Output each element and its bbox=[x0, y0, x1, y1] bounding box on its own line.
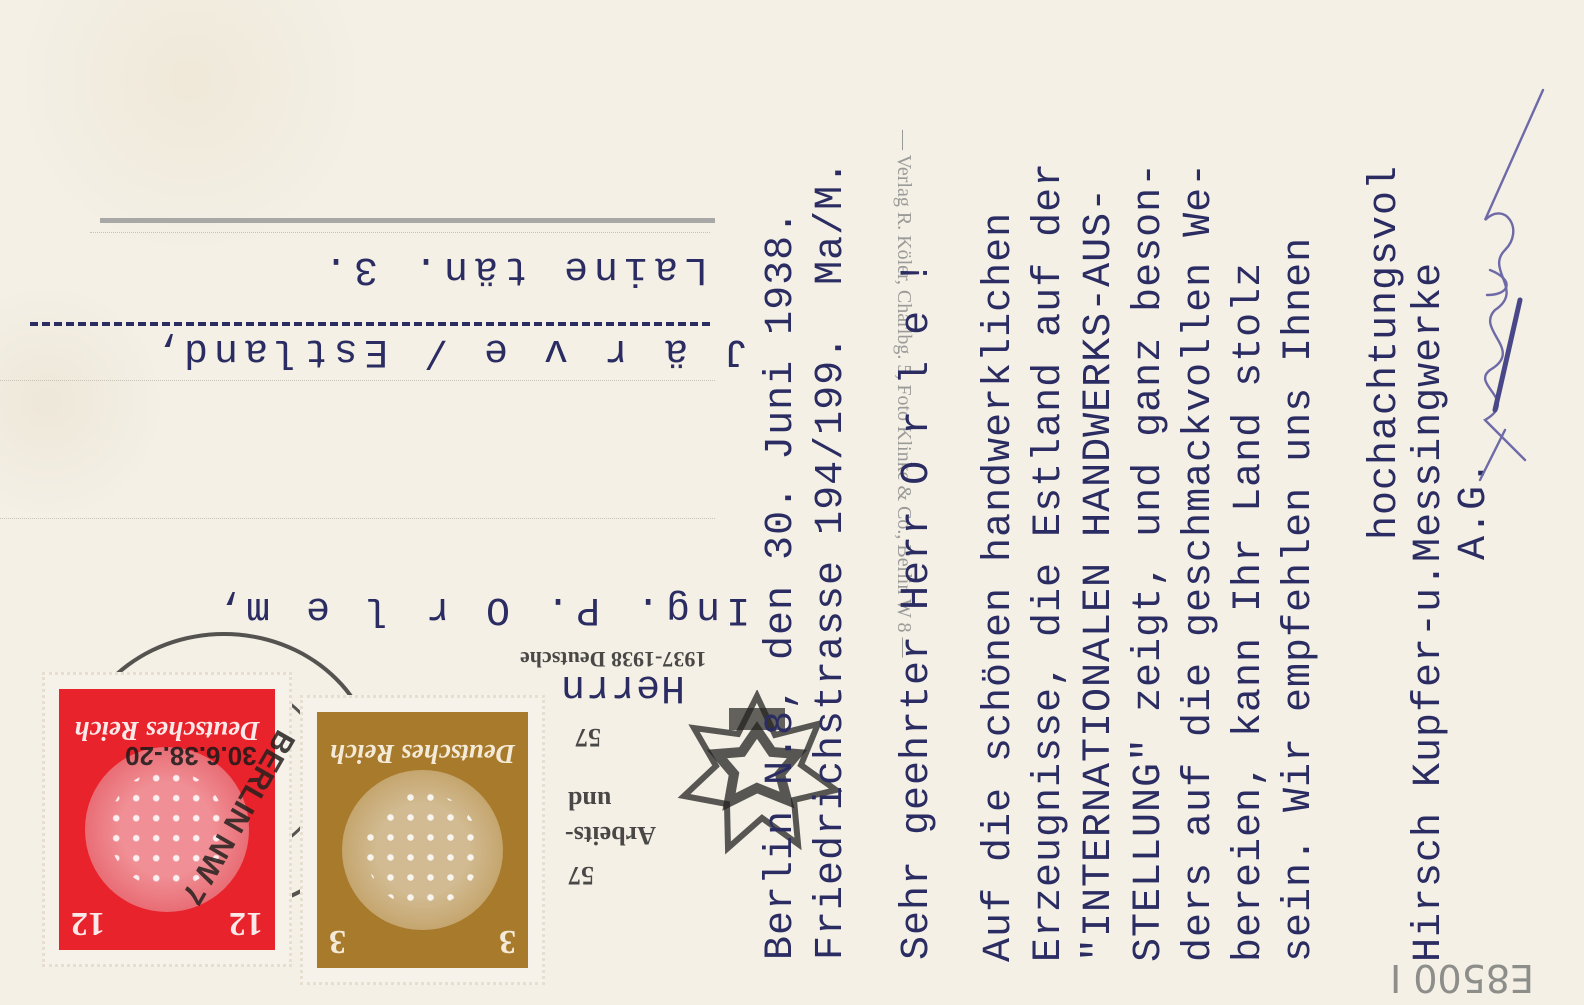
letter-salutation: Sehr geehrter Herr O r l e ! bbox=[898, 260, 938, 960]
recipient-city: J ä r v e / Estland, bbox=[148, 330, 748, 370]
slogan-cancel-line: und bbox=[568, 785, 611, 815]
slogan-cancel-line: 57 bbox=[568, 860, 594, 890]
catalogue-number: E8500 I bbox=[1390, 956, 1534, 1000]
letter-closing: hochachtungsvol bbox=[1366, 165, 1406, 540]
slogan-cancel-line: 57 bbox=[575, 722, 601, 752]
recipient-name: Ing. P. O r l e m, bbox=[210, 588, 750, 628]
letter-address-line: Friedrichstrasse 194/199. Ma/M. bbox=[812, 160, 852, 960]
address-dotted-line bbox=[0, 518, 715, 519]
letter-body-line: bereien, kann Ihr Land stolz bbox=[1230, 262, 1270, 962]
address-rule bbox=[100, 218, 715, 223]
stamp-country: Deutsches Reich bbox=[317, 738, 528, 769]
handwritten-signature-icon bbox=[1465, 80, 1555, 500]
stamp-3-pfennig: Deutsches Reich 3 3 bbox=[300, 695, 545, 985]
letter-body-line: Auf die schönen handwerklichen bbox=[980, 212, 1020, 962]
stamp-value: 3 bbox=[329, 922, 346, 960]
stamp-value: 3 bbox=[499, 922, 516, 960]
hindenburg-medallion-icon bbox=[342, 770, 502, 930]
postcard: Laine tän. 3. J ä r v e / Estland, Ing. … bbox=[0, 0, 1584, 1005]
recipient-street: Laine tän. 3. bbox=[318, 248, 708, 288]
address-dotted-line bbox=[0, 380, 715, 381]
letter-body-line: sein. Wir empfehlen uns Ihnen bbox=[1280, 237, 1320, 962]
address-dotted-line bbox=[90, 232, 710, 233]
stamp-value: 12 bbox=[229, 904, 263, 942]
letter-body-line: STELLUNG" zeigt, und ganz beson- bbox=[1130, 162, 1170, 962]
letter-signature-company: Hirsch Kupfer-u.Messingwerke bbox=[1410, 262, 1450, 962]
postmark-date: 30.6.38.-20 bbox=[125, 740, 257, 771]
letter-body-line: Erzeugnisse, die Estland auf der bbox=[1030, 162, 1070, 962]
stamp-face: Deutsches Reich 3 3 bbox=[317, 712, 528, 968]
slogan-cancel-line: Arbeits- bbox=[565, 820, 656, 850]
stamp-value: 12 bbox=[71, 904, 105, 942]
recipient-underline bbox=[30, 322, 710, 326]
letter-body-line: "INTERNATIONALEN HANDWERKS-AUS- bbox=[1080, 187, 1120, 962]
letter-dateline: Berlin N.8, den 30. Juni 1938. bbox=[762, 210, 802, 960]
letter-body-line: ders auf die geschmackvollen We- bbox=[1180, 162, 1220, 962]
slogan-cancel-line: 1937-1938 Deutsche bbox=[520, 646, 706, 672]
recipient-salutation: Herrn bbox=[560, 666, 685, 706]
